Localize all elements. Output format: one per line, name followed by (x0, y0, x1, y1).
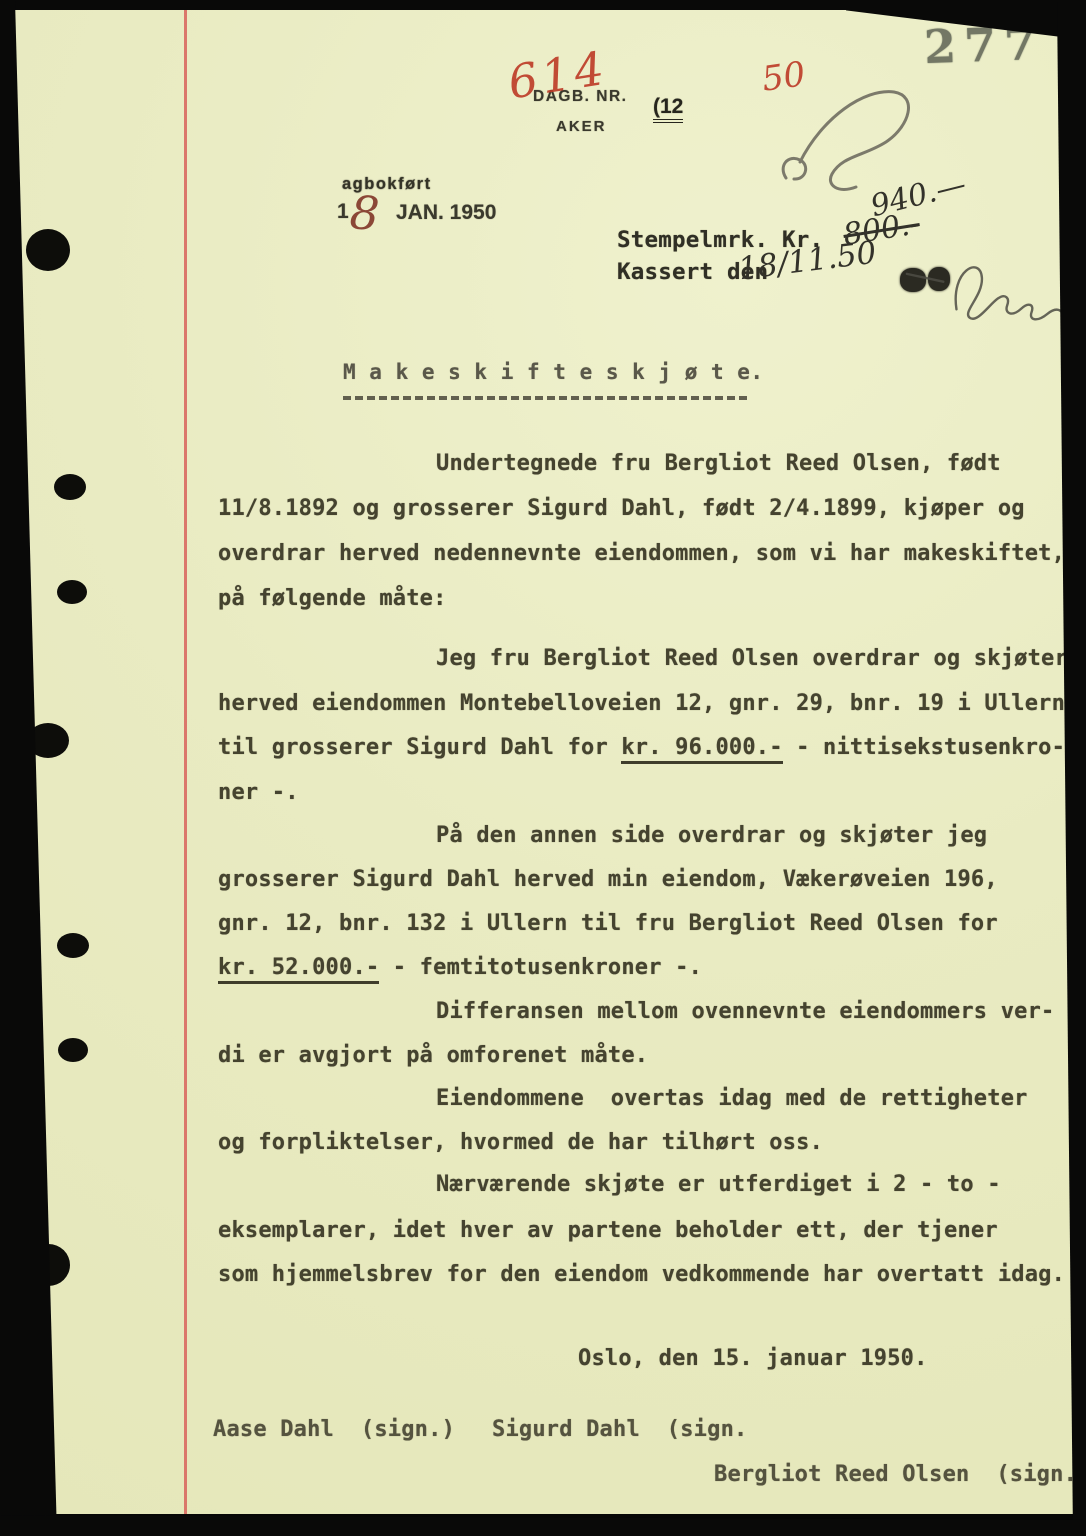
deed-paragraph-line: på følgende måte: (218, 585, 447, 612)
punch-hole (57, 580, 87, 604)
deed-paragraph-line: overdrar herved nedennevnte eiendommen, … (218, 540, 1065, 567)
signature-aase-dahl: Aase Dahl (sign.) (213, 1417, 455, 1442)
journal-stamp-day-prefix: 1 (337, 200, 349, 224)
place-date-line: Oslo, den 15. januar 1950. (578, 1345, 928, 1372)
deed-paragraph-line: eksemplarer, idet hver av partene behold… (218, 1217, 998, 1244)
journal-day-handwritten: 8 (348, 185, 381, 241)
deed-paragraph-line: På den annen side overdrar og skjøter je… (436, 822, 987, 849)
deed-paragraph-line: Undertegnede fru Bergliot Reed Olsen, fø… (436, 450, 1001, 477)
scanned-document-page: 277 DAGB. NR. AKER 614 (12 50 agbokført … (0, 0, 1086, 1536)
line-text: - nittisekstusenkro- (783, 735, 1065, 760)
dagbok-place-label: AKER (556, 118, 607, 135)
sale-amount-underlined: kr. 52.000.- (218, 955, 379, 984)
title-dash-underline (343, 378, 747, 400)
deed-paragraph-line: kr. 52.000.- - femtitotusenkroner -. (218, 954, 702, 981)
obliterated-stamp (900, 268, 926, 292)
line-text: til grosserer Sigurd Dahl for (218, 735, 621, 760)
deed-paragraph-line: Differansen mellom ovennevnte eiendommer… (436, 998, 1054, 1025)
cashier-signature-scribble (926, 245, 1080, 350)
signature-bergliot-reed-olsen: Bergliot Reed Olsen (sign.) (714, 1461, 1086, 1488)
deed-paragraph-line: som hjemmelsbrev for den eiendom vedkomm… (218, 1261, 1065, 1288)
deed-paragraph-line: gnr. 12, bnr. 132 i Ullern til fru Bergl… (218, 910, 998, 937)
deed-paragraph-line: ner -. (218, 779, 299, 806)
punch-hole (58, 1038, 88, 1062)
sale-amount-underlined: kr. 96.000.- (621, 735, 782, 764)
deed-paragraph-line: og forpliktelser, hvormed de har tilhørt… (218, 1129, 823, 1156)
punch-hole (57, 933, 89, 958)
deed-paragraph-line: di er avgjort på omforenet måte. (218, 1042, 648, 1069)
deed-paragraph-line: Jeg fru Bergliot Reed Olsen overdrar og … (436, 645, 1068, 672)
punch-hole (26, 229, 70, 271)
journal-stamp-date: JAN. 1950 (396, 201, 496, 225)
signature-sigurd-dahl: Sigurd Dahl (sign. (492, 1416, 747, 1443)
deed-paragraph-line: 11/8.1892 og grosserer Sigurd Dahl, født… (218, 495, 1025, 522)
signature-line: Aase Dahl (sign.)Sigurd Dahl (sign. (213, 1416, 455, 1443)
deed-paragraph-line: Nærværende skjøte er utferdiget i 2 - to… (436, 1171, 1001, 1198)
deed-paragraph-line: til grosserer Sigurd Dahl for kr. 96.000… (218, 734, 1065, 761)
red-margin-rule (184, 9, 187, 1514)
deed-paragraph-line: herved eiendommen Montebelloveien 12, gn… (218, 690, 1065, 717)
deed-paragraph-line: Eiendommene overtas idag med de rettighe… (436, 1085, 1028, 1112)
punch-hole (54, 474, 86, 500)
scan-edge-bottom (0, 1513, 1086, 1536)
line-text: - femtitotusenkroner -. (379, 955, 702, 980)
dagbok-fraction-stamp: (12 (653, 95, 683, 123)
deed-paragraph-line: grosserer Sigurd Dahl herved min eiendom… (218, 866, 998, 893)
